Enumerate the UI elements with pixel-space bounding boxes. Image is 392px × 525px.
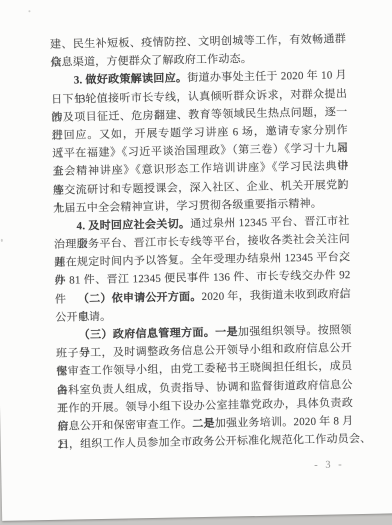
bold-run: 4. 及时回应社会关切。	[76, 218, 190, 232]
paper-sheet: 建、民生补短板、疫情防控、文明创城等工作，有效畅通群众信息渠道，方便群众了解政府…	[0, 0, 392, 521]
page-number: - 3 -	[314, 459, 344, 471]
bold-run: 二是	[192, 418, 215, 430]
scan-speck	[1, 239, 3, 242]
text-run: 信息渠道，方便群众了解政府工作动态。	[50, 53, 252, 69]
text-run: 信息公开和保密审查工作。	[57, 418, 192, 433]
text-run: 日，组织工作人员参加全市政务公开标准化规范化工作动员会、	[58, 433, 372, 451]
text-run: 公开申请。	[55, 311, 111, 324]
scanned-document-page: 建、民生补短板、疫情防控、文明创城等工作，有效畅通群众信息渠道，方便群众了解政府…	[0, 0, 392, 525]
bold-run: 3. 做好政策解读回应。	[74, 73, 188, 87]
document-text: 建、民生补短板、疫情防控、文明创城等工作，有效畅通群众信息渠道，方便群众了解政府…	[50, 30, 354, 454]
scan-speck	[28, 10, 30, 12]
bold-run: （二）依申请公开方面。	[78, 291, 202, 305]
text-run: 九届五中全会精神宣讲，学习贯彻各级重要指示精神。	[53, 197, 322, 214]
bold-run: （三）政府信息管理方面。一是	[79, 326, 239, 341]
